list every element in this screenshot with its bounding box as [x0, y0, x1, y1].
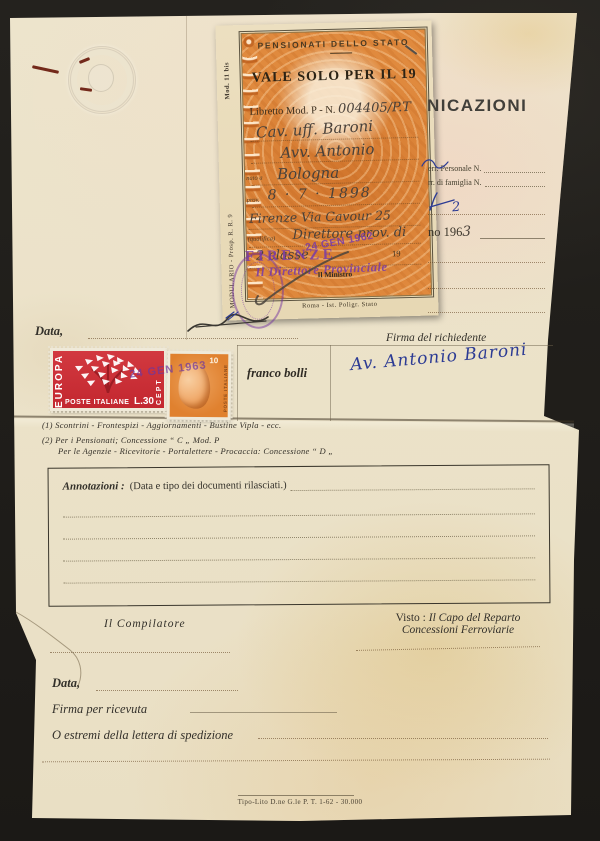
libretto-label: Libretto Mod. P - N. — [249, 105, 335, 118]
footnote-1: (1) Scontrini - Frontespizi - Aggiorname… — [42, 420, 281, 430]
firma-ricevuta-label: Firma per ricevuta — [52, 702, 147, 717]
dotted-line — [485, 177, 545, 187]
dotted-line — [63, 579, 535, 583]
footnote-2: (2) Per i Pensionati; Concessione “ C „ … — [42, 435, 220, 445]
round-stamp-inner-ring — [240, 261, 275, 320]
firma-richiedente-label: Firma del richiedente — [386, 332, 486, 344]
dotted-line — [63, 557, 535, 561]
dotted-line — [50, 652, 230, 653]
birth-date-handwritten: 8 · 7 · 1898 — [267, 185, 372, 204]
field-personale-label: err. Personale N. — [428, 164, 481, 173]
visto-block: Visto : Il Capo del Reparto Concessioni … — [368, 612, 548, 636]
field-famiglia: rr. di famiglia N. — [428, 177, 545, 187]
holder-name-line3: Bologna — [277, 164, 340, 184]
franco-bolli-label: franco bolli — [247, 366, 307, 381]
dotted-line — [291, 478, 535, 491]
embossed-seal-icon — [68, 46, 136, 114]
nato-a-label: nato a — [246, 175, 263, 182]
signature-line — [190, 712, 337, 713]
dotted-line — [63, 535, 535, 539]
dotted-line — [428, 214, 545, 215]
page-heading-fragment: NICAZIONI — [427, 96, 527, 116]
visto-capo-reparto: Il Capo del Reparto — [429, 612, 521, 624]
visto-label: Visto : — [396, 612, 426, 624]
underline — [480, 238, 545, 239]
dotted-line — [88, 338, 298, 339]
poste-italiane-text: POSTE ITALIANE — [65, 399, 129, 406]
table-rule-vertical — [330, 345, 331, 421]
handwritten-number: 2 — [451, 200, 461, 216]
annotazioni-row: Annotazioni : (Data e tipo dei documenti… — [63, 477, 535, 492]
year-prefix: 19 — [392, 248, 401, 258]
seal-emblem — [88, 64, 114, 92]
dotted-line — [258, 738, 548, 739]
dotted-line — [63, 513, 535, 517]
visto-line2: Concessioni Ferroviarie — [368, 624, 548, 636]
annotazioni-box: Annotazioni : (Data e tipo dei documenti… — [48, 464, 551, 607]
imprint-rule — [238, 795, 354, 796]
anno-fragment: no 196 — [428, 225, 462, 239]
libretto-number-handwritten: 004405/P.T — [338, 100, 411, 117]
stamp-value: L.30 — [134, 396, 154, 407]
anno-row: no 1963 — [428, 224, 471, 240]
dotted-line — [96, 690, 238, 691]
estremi-label: O estremi della lettera di spedizione — [52, 728, 233, 743]
dotted-line — [428, 312, 545, 313]
footnote-2b: Per le Agenzie - Ricevitorie - Portalett… — [58, 446, 333, 456]
vertical-crease — [186, 16, 187, 340]
prov-label: prov. — [247, 197, 260, 204]
printer-imprint: Tipo-Lito D.ne G.le P. T. 1-62 - 30.000 — [160, 798, 440, 806]
photograph-of-document: Mod. 11 bis MODULARIO - Prosp. R. R. 9 P… — [0, 0, 600, 841]
qualifica-label: (qualifica) — [248, 235, 276, 243]
dotted-line — [484, 163, 545, 173]
dotted-line — [428, 288, 545, 289]
visto-line1: Visto : Il Capo del Reparto — [368, 612, 548, 624]
poste-italiane-text: POSTE ITALIANE — [223, 362, 229, 412]
data-bottom-label: Data, — [52, 676, 80, 691]
europa-text: EUROPA — [54, 354, 65, 408]
dotted-line — [428, 262, 545, 263]
field-personale: err. Personale N. — [428, 163, 545, 173]
minister-label: Il Ministro — [317, 269, 352, 279]
pension-booklet-card: Mod. 11 bis MODULARIO - Prosp. R. R. 9 P… — [215, 20, 438, 320]
annotazioni-hint: (Data e tipo dei documenti rilasciati.) — [130, 480, 287, 492]
card-margin-model: Mod. 11 bis — [223, 37, 232, 99]
field-famiglia-label: rr. di famiglia N. — [428, 178, 482, 187]
compilatore-label: Il Compilatore — [104, 618, 186, 630]
anno-handwritten: 3 — [462, 224, 471, 240]
data-label: Data, — [35, 324, 63, 339]
annotazioni-label: Annotazioni : — [63, 480, 125, 492]
